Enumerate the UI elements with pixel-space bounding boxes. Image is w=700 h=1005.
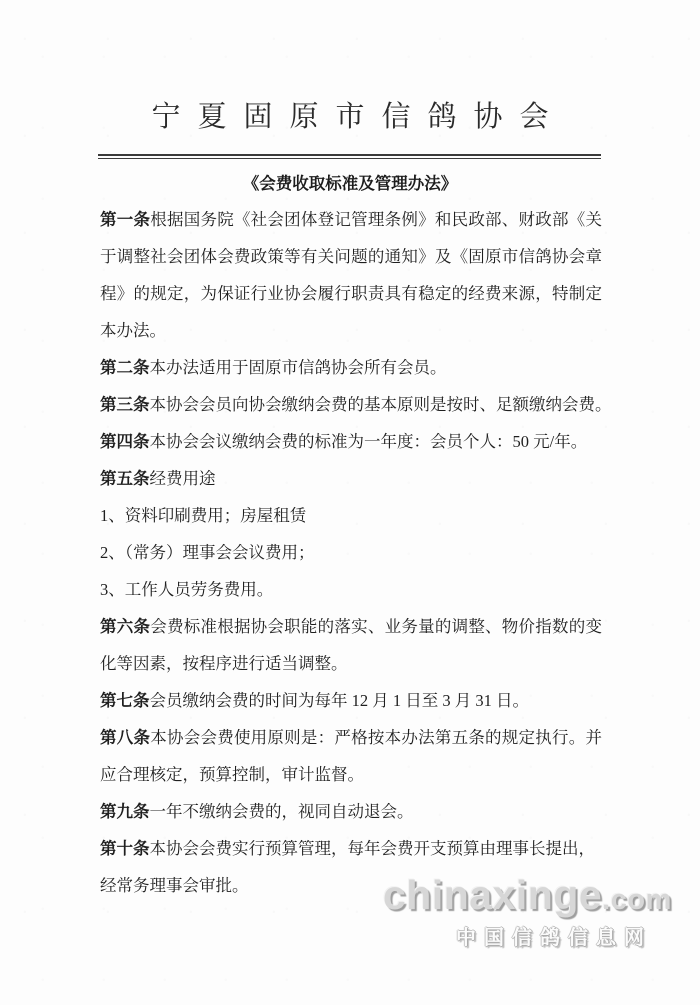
watermark-logo-suffix: .com <box>602 884 672 916</box>
title-divider-rule <box>98 154 601 159</box>
line-text: 本协会会议缴纳会费的标准为一年度：会员个人：50 元/年。 <box>150 432 588 451</box>
article-label: 第十条 <box>100 839 150 858</box>
line-text: 于调整社会团体会费政策等有关问题的通知》及《固原市信鸽协会章 <box>100 247 602 266</box>
document-body: 第一条根据国务院《社会团体登记管理条例》和民政部、财政部《关 于调整社会团体会费… <box>100 201 602 904</box>
watermark-site-name: 中国信鸽信息网 <box>456 921 652 950</box>
document-line: 化等因素，按程序进行适当调整。 <box>100 645 602 682</box>
line-text: 经常务理事会审批。 <box>100 876 249 895</box>
article-label: 第二条 <box>100 358 150 377</box>
document-line: 第五条经费用途 <box>100 460 602 497</box>
scanned-document-page: 宁夏固原市信鸽协会 《会费收取标准及管理办法》 第一条根据国务院《社会团体登记管… <box>0 0 700 1005</box>
document-line: 第九条一年不缴纳会费的，视同自动退会。 <box>100 793 602 830</box>
line-text: 化等因素，按程序进行适当调整。 <box>100 654 348 673</box>
document-line: 第三条本协会会员向协会缴纳会费的基本原则是按时、足额缴纳会费。 <box>100 386 602 423</box>
line-text: 本协会会员向协会缴纳会费的基本原则是按时、足额缴纳会费。 <box>150 395 612 414</box>
line-text: 本协会会费使用原则是：严格按本办法第五条的规定执行。并 <box>150 728 602 747</box>
line-text: 本办法适用于固原市信鸽协会所有会员。 <box>150 358 447 377</box>
article-label: 第八条 <box>100 728 150 747</box>
line-text: 会员缴纳会费的时间为每年 12 月 1 日至 3 月 31 日。 <box>150 691 530 710</box>
line-text: 1、资料印刷费用；房屋租赁 <box>100 506 306 525</box>
document-line: 第四条本协会会议缴纳会费的标准为一年度：会员个人：50 元/年。 <box>100 423 602 460</box>
line-text: 本协会会费实行预算管理，每年会费开支预算由理事长提出， <box>150 839 596 858</box>
line-text: 程》的规定，为保证行业协会履行职责具有稳定的经费来源，特制定 <box>100 284 602 303</box>
line-text: 应合理核定，预算控制，审计监督。 <box>100 765 364 784</box>
document-line: 第七条会员缴纳会费的时间为每年 12 月 1 日至 3 月 31 日。 <box>100 682 602 719</box>
line-text: 一年不缴纳会费的，视同自动退会。 <box>150 802 414 821</box>
document-line: 程》的规定，为保证行业协会履行职责具有稳定的经费来源，特制定 <box>100 275 602 312</box>
line-text: 3、工作人员劳务费用。 <box>100 580 273 599</box>
article-label: 第七条 <box>100 691 150 710</box>
article-label: 第四条 <box>100 432 150 451</box>
document-line: 第八条本协会会费使用原则是：严格按本办法第五条的规定执行。并 <box>100 719 602 756</box>
document-line: 第六条会费标准根据协会职能的落实、业务量的调整、物价指数的变 <box>100 608 602 645</box>
line-text: 本办法。 <box>100 321 166 340</box>
document-line: 3、工作人员劳务费用。 <box>100 571 602 608</box>
document-line: 第一条根据国务院《社会团体登记管理条例》和民政部、财政部《关 <box>100 201 602 238</box>
document-line: 于调整社会团体会费政策等有关问题的通知》及《固原市信鸽协会章 <box>100 238 602 275</box>
article-label: 第六条 <box>100 617 150 636</box>
line-text: 经费用途 <box>150 469 216 488</box>
article-label: 第一条 <box>100 210 150 229</box>
document-line: 经常务理事会审批。 <box>100 867 602 904</box>
line-text: 会费标准根据协会职能的落实、业务量的调整、物价指数的变 <box>150 617 602 636</box>
article-label: 第五条 <box>100 469 150 488</box>
document-line: 第二条本办法适用于固原市信鸽协会所有会员。 <box>100 349 602 386</box>
association-title: 宁夏固原市信鸽协会 <box>0 94 700 135</box>
article-label: 第三条 <box>100 395 150 414</box>
line-text: 根据国务院《社会团体登记管理条例》和民政部、财政部《关 <box>150 210 602 229</box>
document-line: 本办法。 <box>100 312 602 349</box>
article-label: 第九条 <box>100 802 150 821</box>
document-subtitle: 《会费收取标准及管理办法》 <box>0 170 700 194</box>
document-line: 1、资料印刷费用；房屋租赁 <box>100 497 602 534</box>
line-text: 2、（常务）理事会会议费用； <box>100 543 315 562</box>
document-line: 第十条本协会会费实行预算管理，每年会费开支预算由理事长提出， <box>100 830 602 867</box>
document-line: 应合理核定，预算控制，审计监督。 <box>100 756 602 793</box>
document-line: 2、（常务）理事会会议费用； <box>100 534 602 571</box>
